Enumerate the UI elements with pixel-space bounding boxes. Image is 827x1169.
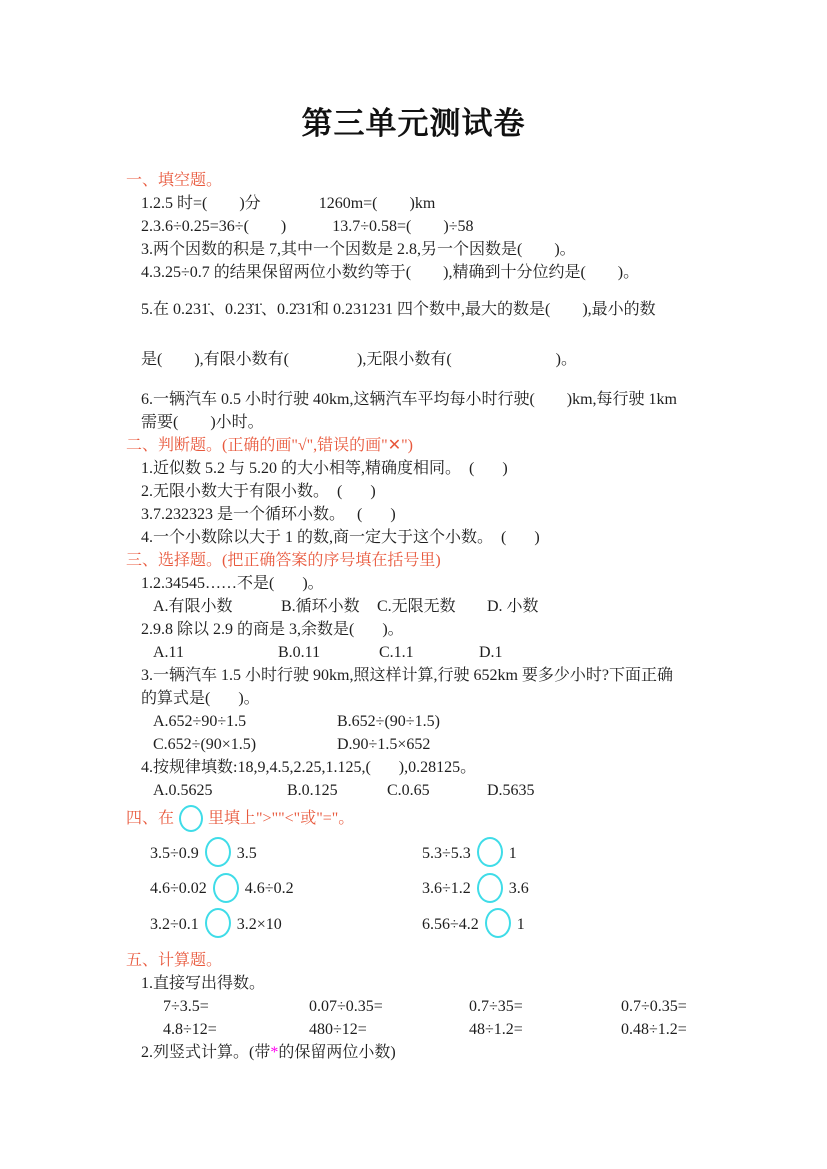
compare-left-expr: 4.6÷0.02 [150,880,207,897]
compare-circle-icon [179,805,203,832]
choice-q1: 1.2.34545……不是( )。 [141,572,767,595]
compare-right-expr: 4.6÷0.2 [245,880,294,897]
choice-q3-options-row1: A.652÷90÷1.5 B.652÷(90÷1.5) [153,710,767,733]
fill-q1-part2: 1260m=( )km [319,195,436,212]
fill-q3: 3.两个因数的积是 7,其中一个因数是 2.8,另一个因数是( )。 [141,238,767,261]
compare-right-expr: 3.2×10 [237,916,282,933]
compare-left-expr: 3.5÷0.9 [150,845,199,862]
calc-expression: 480÷12= [309,1018,469,1041]
choice-q4-option-c: C.0.65 [387,779,487,802]
compare-pair: 6.56÷4.21 [422,907,767,942]
choice-q1-option-d: D. 小数 [487,595,767,618]
page-title: 第三单元测试卷 [0,0,827,143]
calc-expression: 48÷1.2= [469,1018,621,1041]
calc-sub2-pre: 2.列竖式计算。(带 [141,1044,270,1061]
choice-q1-option-b: B.循环小数 [281,595,377,618]
compare-circle-icon [205,908,231,938]
calc-sub2-post: 的保留两位小数) [278,1044,395,1061]
compare-circle-icon [213,873,239,903]
section-calculation: 五、计算题。 1.直接写出得数。 7÷3.5= 0.07÷0.35= 0.7÷3… [126,949,767,1064]
fill-q1-part1: 1.2.5 时=( )分 [141,195,261,212]
calc-expression: 0.48÷1.2= [621,1018,767,1041]
choice-q4-options: A.0.5625 B.0.125 C.0.65 D.5635 [153,779,767,802]
section2-heading: 二、判断题。(正确的画"√",错误的画"✕") [126,434,767,457]
section5-heading: 五、计算题。 [126,949,767,972]
choice-q3-line2: 的算式是( )。 [141,687,767,710]
choice-q4-option-b: B.0.125 [287,779,387,802]
fill-q6-line2: 需要( )小时。 [141,411,767,434]
choice-q2-option-c: C.1.1 [379,641,479,664]
compare-pair: 3.5÷0.93.5 [150,836,422,871]
section4-heading: 四、在 里填上">""<"或"="。 [126,802,767,836]
section4-heading-pre: 四、在 [126,802,174,836]
choice-q3-option-b: B.652÷(90÷1.5) [337,710,767,733]
fill-q5-line2: 是( ),有限小数有( ),无限小数有( )。 [141,348,767,371]
choice-q4-option-a: A.0.5625 [153,779,287,802]
compare-circle-icon [485,908,511,938]
choice-q3-option-c: C.652÷(90×1.5) [153,733,337,756]
compare-pair: 4.6÷0.024.6÷0.2 [150,871,422,906]
section4-heading-post: 里填上">""<"或"="。 [208,802,354,836]
judge-q3: 3.7.232323 是一个循环小数。 ( ) [141,503,767,526]
choice-q3-option-d: D.90÷1.5×652 [337,733,767,756]
choice-q1-options: A.有限小数 B.循环小数 C.无限无数 D. 小数 [153,595,767,618]
judge-q2: 2.无限小数大于有限小数。 ( ) [141,480,767,503]
compare-row-2: 4.6÷0.024.6÷0.2 3.6÷1.23.6 [150,871,767,906]
compare-right-expr: 1 [517,916,525,933]
compare-row-3: 3.2÷0.13.2×10 6.56÷4.21 [150,907,767,942]
judge-q1: 1.近似数 5.2 与 5.20 的大小相等,精确度相同。 ( ) [141,457,767,480]
compare-circle-icon [205,837,231,867]
compare-pair: 3.2÷0.13.2×10 [150,907,422,942]
calc-expression: 4.8÷12= [163,1018,309,1041]
compare-left-expr: 3.2÷0.1 [150,916,199,933]
calc-row-1: 7÷3.5= 0.07÷0.35= 0.7÷35= 0.7÷0.35= [163,995,767,1018]
calc-sub2-title: 2.列竖式计算。(带*的保留两位小数) [141,1041,767,1064]
compare-pair: 3.6÷1.23.6 [422,871,767,906]
fill-q1: 1.2.5 时=( )分1260m=( )km [141,192,767,215]
section-choice: 三、选择题。(把正确答案的序号填在括号里) 1.2.34545……不是( )。 … [126,549,767,802]
compare-circle-icon [477,873,503,903]
compare-right-expr: 1 [509,845,517,862]
compare-circle-icon [477,837,503,867]
choice-q2-options: A.11 B.0.11 C.1.1 D.1 [153,641,767,664]
choice-q3-option-a: A.652÷90÷1.5 [153,710,337,733]
fill-q5-line1: 5.在 0.231̇、0.23̇1̇、0.2̇31̇和 0.231231 四个数… [141,298,767,321]
fill-q2-part1: 2.3.6÷0.25=36÷( ) [141,218,286,235]
choice-q2-option-d: D.1 [479,641,767,664]
choice-q3-options-row2: C.652÷(90×1.5) D.90÷1.5×652 [153,733,767,756]
compare-right-expr: 3.6 [509,880,529,897]
worksheet-page: 第三单元测试卷 一、填空题。 1.2.5 时=( )分1260m=( )km 2… [0,0,827,1169]
section-fill-blanks: 一、填空题。 1.2.5 时=( )分1260m=( )km 2.3.6÷0.2… [126,169,767,434]
choice-q4-option-d: D.5635 [487,779,767,802]
judge-q4: 4.一个小数除以大于 1 的数,商一定大于这个小数。 ( ) [141,526,767,549]
section-judge: 二、判断题。(正确的画"√",错误的画"✕") 1.近似数 5.2 与 5.20… [126,434,767,549]
choice-q1-option-c: C.无限无数 [377,595,487,618]
fill-q6-line1: 6.一辆汽车 0.5 小时行驶 40km,这辆汽车平均每小时行驶( )km,每行… [141,388,767,411]
choice-q2: 2.9.8 除以 2.9 的商是 3,余数是( )。 [141,618,767,641]
compare-left-expr: 3.6÷1.2 [422,880,471,897]
calc-expression: 0.07÷0.35= [309,995,469,1018]
fill-q4: 4.3.25÷0.7 的结果保留两位小数约等于( ),精确到十分位约是( )。 [141,261,767,284]
calc-expression: 7÷3.5= [163,995,309,1018]
worksheet-content: 一、填空题。 1.2.5 时=( )分1260m=( )km 2.3.6÷0.2… [0,143,827,1064]
section1-heading: 一、填空题。 [126,169,767,192]
calc-row-2: 4.8÷12= 480÷12= 48÷1.2= 0.48÷1.2= [163,1018,767,1041]
choice-q2-option-b: B.0.11 [278,641,379,664]
section3-heading: 三、选择题。(把正确答案的序号填在括号里) [126,549,767,572]
choice-q2-option-a: A.11 [153,641,278,664]
compare-left-expr: 6.56÷4.2 [422,916,479,933]
compare-row-1: 3.5÷0.93.5 5.3÷5.31 [150,836,767,871]
calc-sub1-title: 1.直接写出得数。 [141,972,767,995]
choice-q1-option-a: A.有限小数 [153,595,281,618]
choice-q4: 4.按规律填数:18,9,4.5,2.25,1.125,( ),0.28125。 [141,756,767,779]
compare-left-expr: 5.3÷5.3 [422,845,471,862]
compare-pair: 5.3÷5.31 [422,836,767,871]
calc-expression: 0.7÷35= [469,995,621,1018]
fill-q2-part2: 13.7÷0.58=( )÷58 [332,218,473,235]
choice-q3-line1: 3.一辆汽车 1.5 小时行驶 90km,照这样计算,行驶 652km 要多少小… [141,664,767,687]
fill-q2: 2.3.6÷0.25=36÷( )13.7÷0.58=( )÷58 [141,215,767,238]
compare-right-expr: 3.5 [237,845,257,862]
section-compare: 四、在 里填上">""<"或"="。 3.5÷0.93.5 5.3÷5.31 4… [126,802,767,942]
calc-expression: 0.7÷0.35= [621,995,767,1018]
